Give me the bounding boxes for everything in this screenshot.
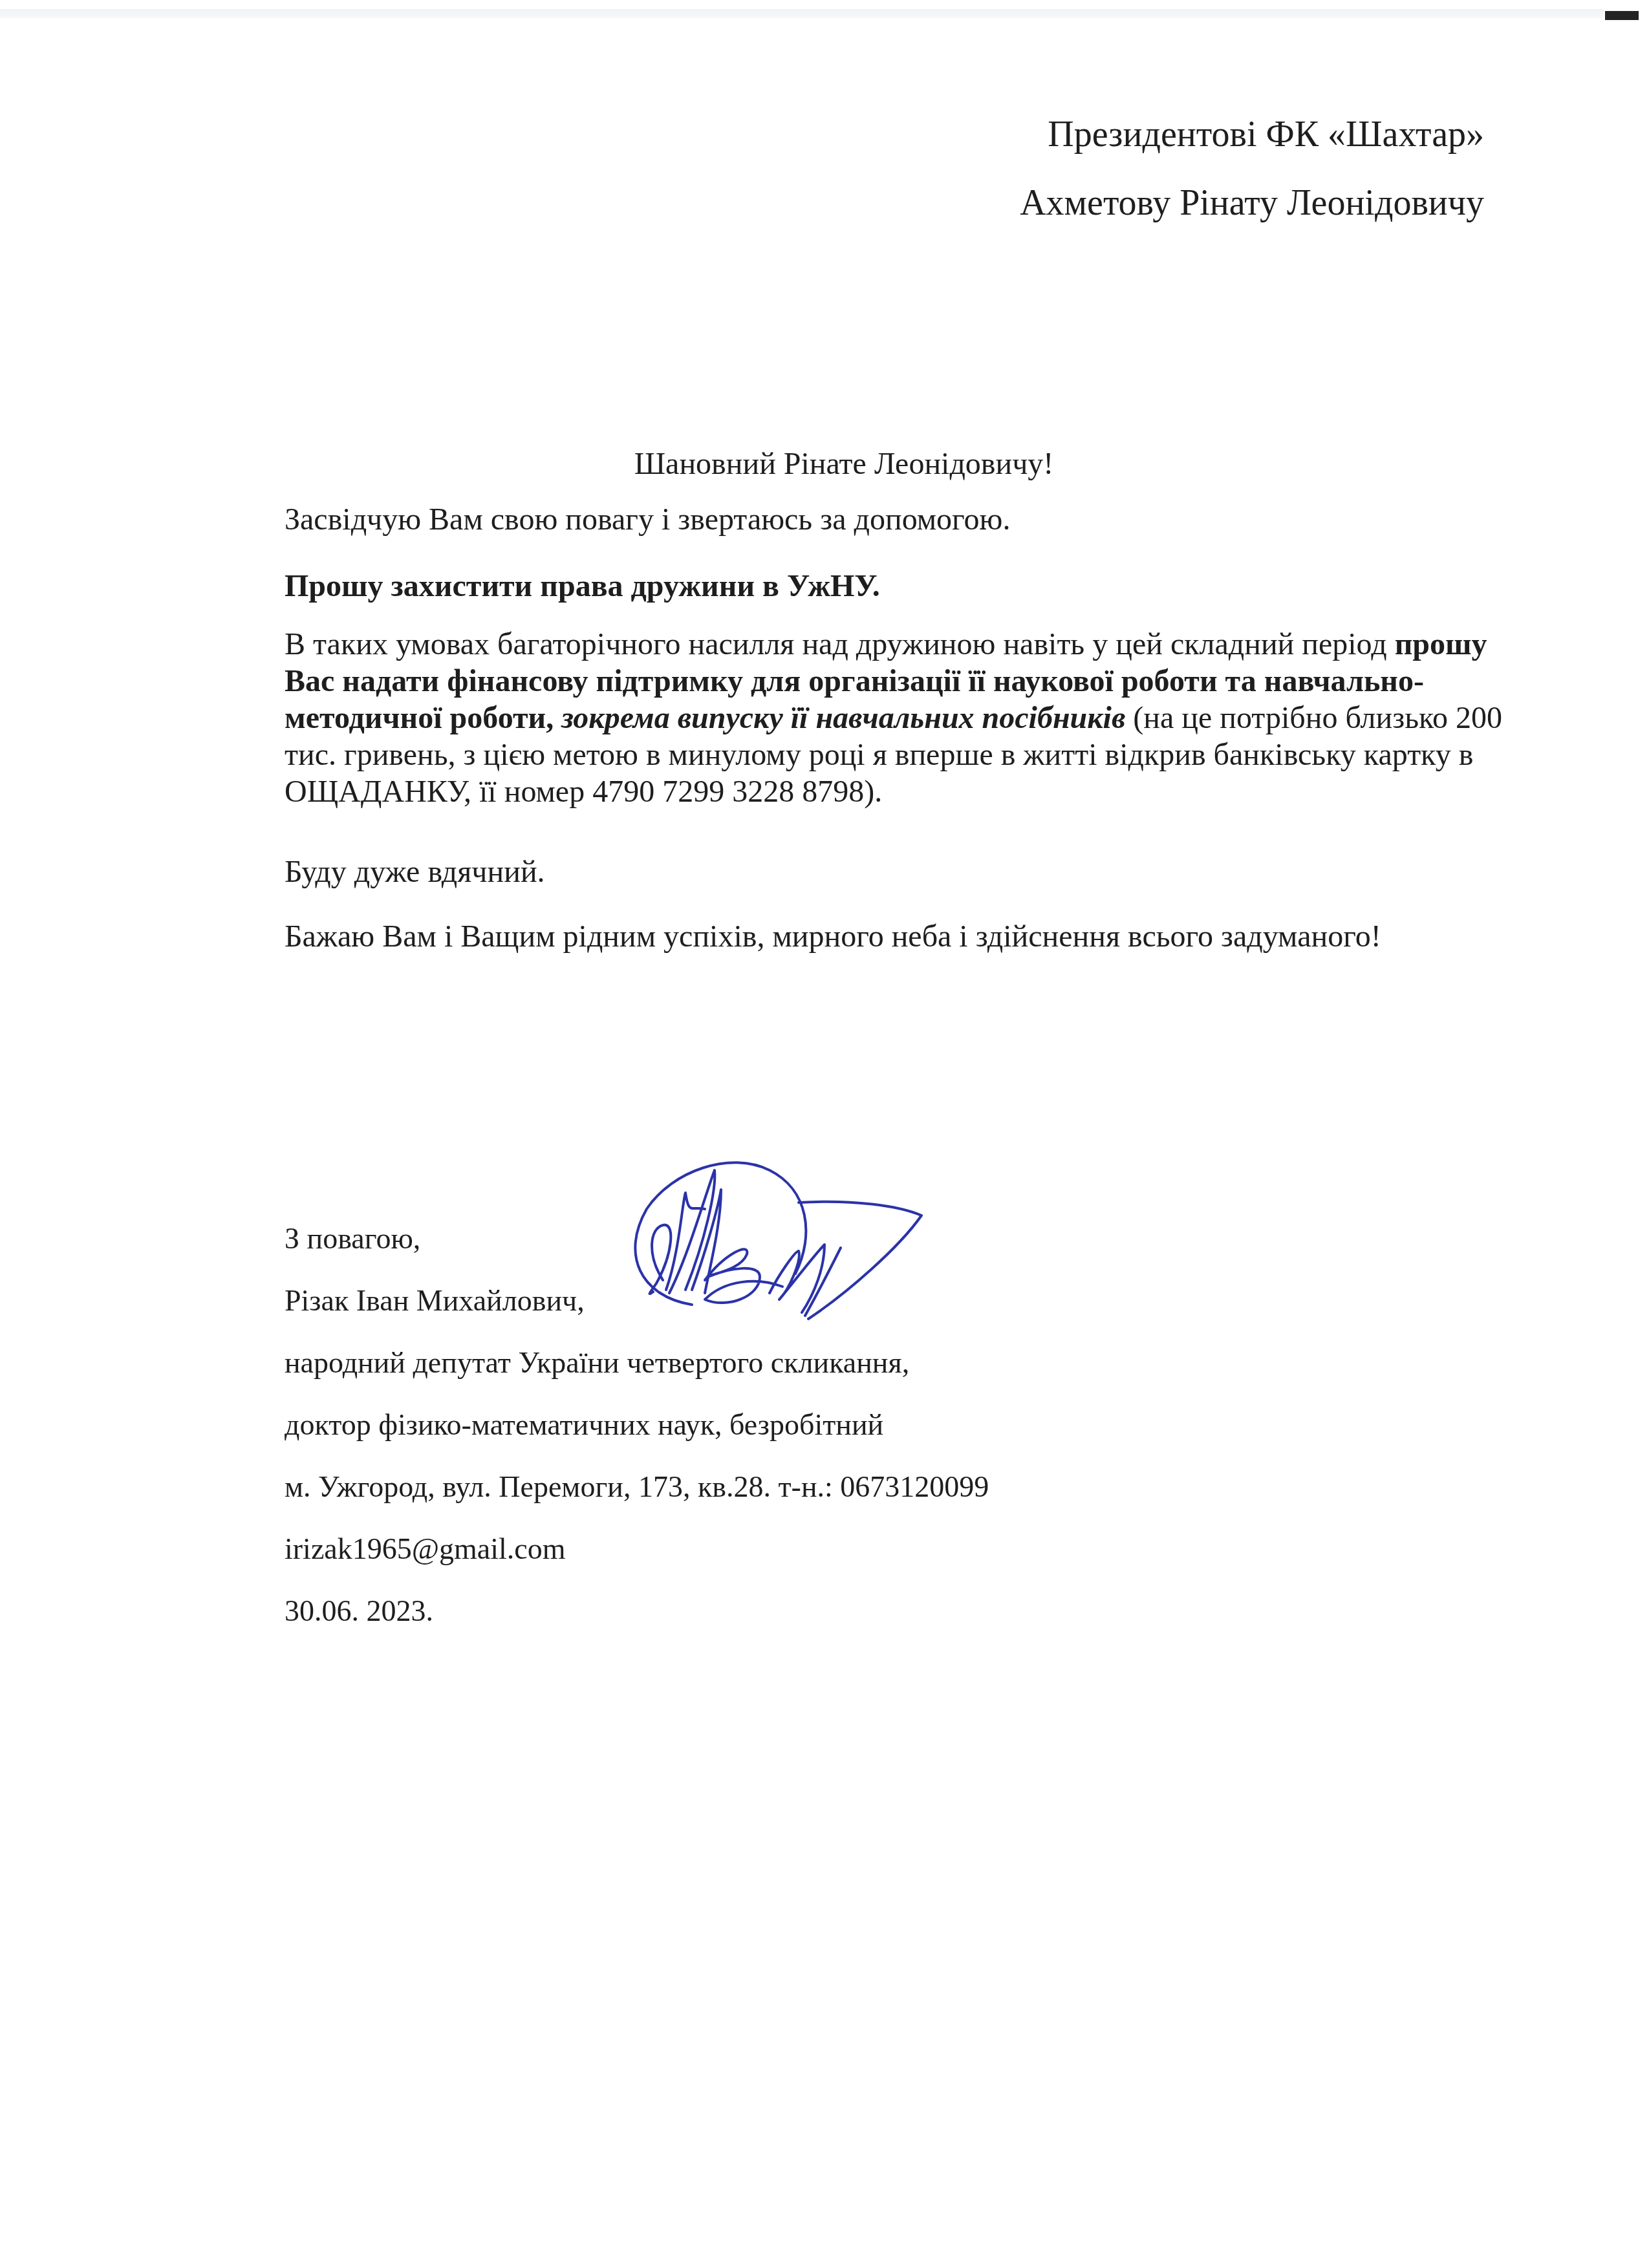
addressee-block: Президентові ФК «Шахтар» Ахметову Рінату… xyxy=(1020,116,1484,253)
paragraph-wishes: Бажаю Вам і Ващим рідним успіхів, мирног… xyxy=(285,918,1513,955)
sender-email: irizak1965@gmail.com xyxy=(285,1518,989,1580)
sender-address: м. Ужгород, вул. Перемоги, 173, кв.28. т… xyxy=(285,1456,989,1518)
paragraph-thanks: Буду дуже вдячний. xyxy=(285,853,1513,890)
paragraph-greeting: Засвідчую Вам свою повагу і звертаюсь за… xyxy=(285,501,1513,538)
addressee-line-1: Президентові ФК «Шахтар» xyxy=(1020,116,1484,153)
request-textbooks: зокрема випуску її навчальних посібників xyxy=(561,701,1125,735)
request-context: В таких умовах багаторічного насилля над… xyxy=(285,627,1395,661)
scan-corner-mark xyxy=(1605,11,1639,20)
signature-icon xyxy=(601,1144,1248,1351)
paragraph-request-details: В таких умовах багаторічного насилля над… xyxy=(285,626,1513,810)
scan-edge xyxy=(0,9,1604,18)
sender-degree: доктор фізико-математичних наук, безробі… xyxy=(285,1394,989,1456)
paragraph-request-headline: Прошу захистити права дружини в УжНУ. xyxy=(285,568,1513,604)
salutation: Шановний Рінате Леонідовичу! xyxy=(0,446,1649,482)
addressee-line-2: Ахметову Рінату Леонідовичу xyxy=(1020,185,1484,221)
letter-date: 30.06. 2023. xyxy=(285,1580,989,1642)
